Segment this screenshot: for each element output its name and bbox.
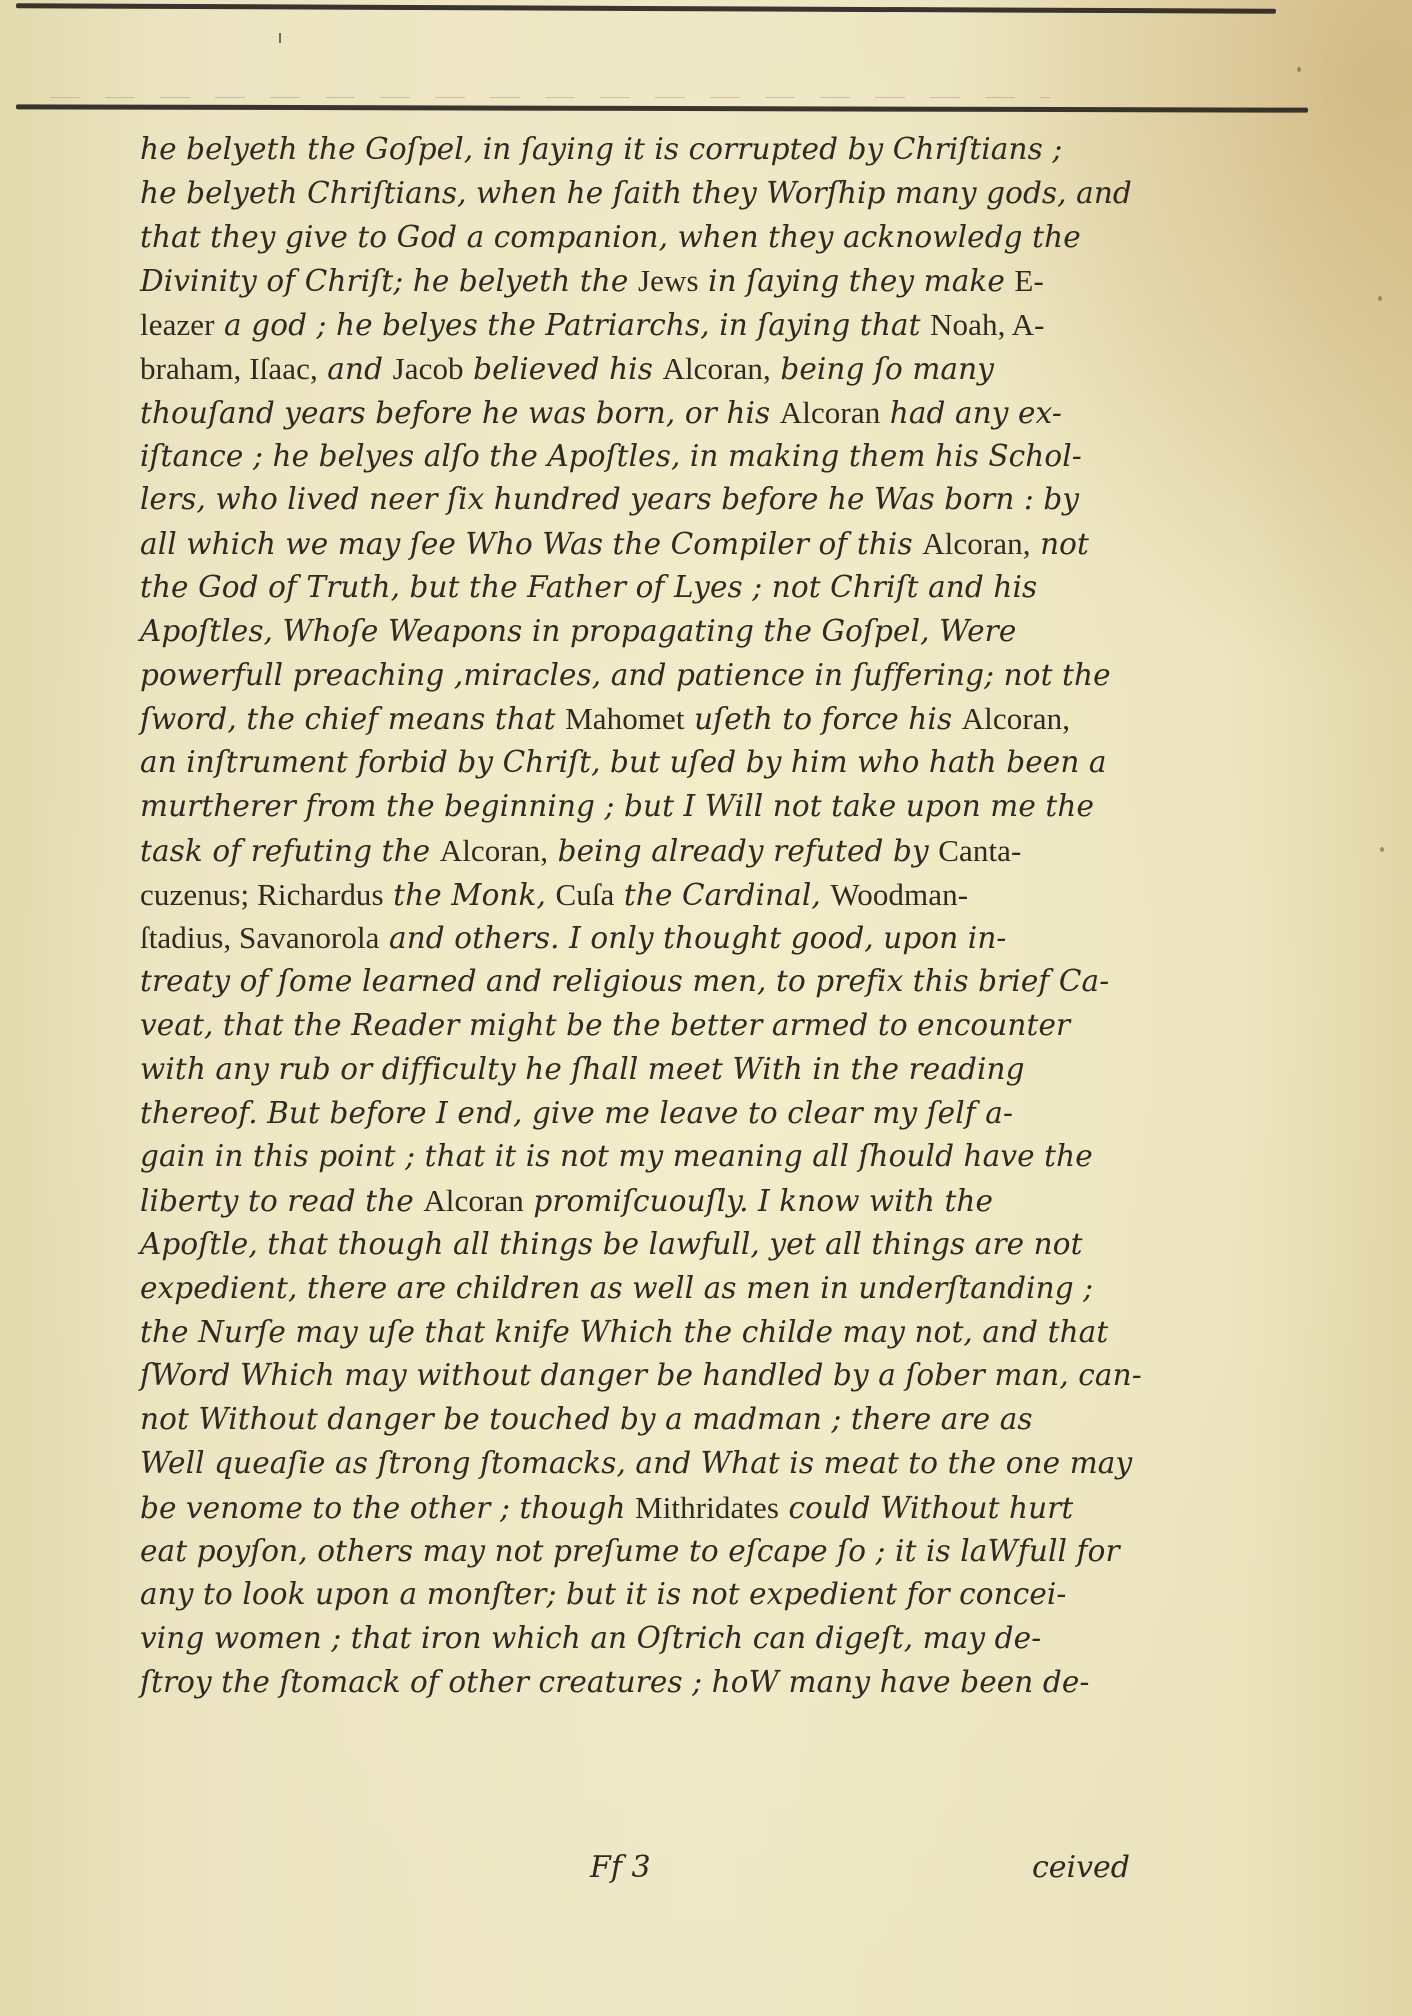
text-line: Apoſtles, Whoſe Weapons in propagating t… — [140, 610, 1130, 654]
roman-text-run: cuzenus; Richardus — [140, 877, 384, 912]
text-line: the Nurſe may uſe that knife Which the c… — [140, 1311, 1130, 1355]
italic-text-run: the Monk, — [384, 878, 556, 912]
italic-text-run: treaty of ſome learned and religious men… — [140, 964, 1109, 998]
italic-text-run: ſWord Which may without danger be handle… — [140, 1358, 1142, 1392]
italic-text-run: any to look upon a monſter; but it is no… — [140, 1577, 1067, 1611]
paper-speck — [1378, 296, 1382, 301]
text-line: veat, that the Reader might be the bette… — [140, 1004, 1130, 1048]
page-footer: Ff 3 ceived — [140, 1850, 1130, 1894]
italic-text-run: the God of Truth, but the Father of Lyes… — [140, 570, 1037, 604]
italic-text-run: not — [1031, 527, 1089, 561]
catchword: ceived — [1032, 1850, 1130, 1885]
italic-text-run: with any rub or difficulty he ſhall meet… — [140, 1052, 1025, 1086]
text-line: task of refuting the Alcoran, being alre… — [140, 829, 1130, 873]
italic-text-run: gain in this point ; that it is not my m… — [140, 1139, 1093, 1173]
roman-text-run: Alcoran — [780, 395, 881, 430]
italic-text-run: being ſo many — [771, 352, 994, 386]
italic-text-run: promiſcuouſly. I know with the — [524, 1184, 993, 1218]
text-line: the God of Truth, but the Father of Lyes… — [140, 566, 1130, 610]
italic-text-run: murtherer from the beginning ; but I Wil… — [140, 789, 1094, 823]
text-line: thereof. But before I end, give me leave… — [140, 1092, 1130, 1136]
header-printed-rule — [16, 104, 1308, 112]
text-line: iſtance ; he belyes alſo the Apoſtles, i… — [140, 435, 1130, 479]
italic-text-run: the Nurſe may uſe that knife Which the c… — [140, 1315, 1108, 1349]
italic-text-run: expedient, there are children as well as… — [140, 1271, 1093, 1305]
italic-text-run: lers, who lived neer ſix hundred years b… — [140, 482, 1079, 516]
italic-text-run: believed his — [464, 352, 663, 386]
text-line: treaty of ſome learned and religious men… — [140, 960, 1130, 1004]
roman-text-run: Alcoran, — [440, 833, 548, 868]
italic-text-run: powerfull preaching ,miracles, and patie… — [140, 658, 1111, 692]
paper-speck — [1297, 67, 1301, 72]
text-line: Divinity of Chriſt; he belyeth the Jews … — [140, 259, 1130, 303]
italic-text-run: iſtance ; he belyes alſo the Apoſtles, i… — [140, 439, 1082, 473]
text-line: ſWord Which may without danger be handle… — [140, 1354, 1130, 1398]
roman-text-run: Alcoran, — [922, 526, 1030, 561]
italic-text-run: Divinity of Chriſt; he belyeth the — [140, 264, 638, 298]
italic-text-run: thouſand years before he was born, or hi… — [140, 396, 780, 430]
italic-text-run: veat, that the Reader might be the bette… — [140, 1008, 1070, 1042]
italic-text-run: he belyeth Chriſtians, when he ſaith the… — [140, 176, 1132, 210]
roman-text-run: Jews — [638, 263, 699, 298]
text-line: cuzenus; Richardus the Monk, Cuſa the Ca… — [140, 873, 1130, 917]
italic-text-run: being already refuted by — [548, 834, 938, 868]
roman-text-run: Alcoran, — [962, 701, 1070, 736]
italic-text-run: could Without hurt — [779, 1491, 1073, 1525]
roman-text-run: leazer — [140, 307, 215, 342]
italic-text-run: Apoſtle, that though all things be lawfu… — [140, 1227, 1083, 1261]
text-line: ſtadius, Savanorola and others. I only t… — [140, 916, 1130, 960]
italic-text-run: eat poyſon, others may not preſume to eſ… — [140, 1534, 1120, 1568]
text-line: eat poyſon, others may not preſume to eſ… — [140, 1530, 1130, 1574]
italic-text-run: ving women ; that iron which an Oſtrich … — [140, 1621, 1041, 1655]
roman-text-run: Mahomet — [565, 701, 685, 736]
roman-text-run: ſtadius, Savanorola — [140, 920, 380, 955]
italic-text-run: a god ; he belyes the Patriarchs, in ſay… — [215, 308, 930, 342]
text-line: thouſand years before he was born, or hi… — [140, 391, 1130, 435]
text-line: ving women ; that iron which an Oſtrich … — [140, 1617, 1130, 1661]
roman-text-run: Alcoran — [423, 1183, 524, 1218]
text-line: be venome to the other ; though Mithrida… — [140, 1486, 1130, 1530]
roman-text-run: Woodman- — [830, 877, 968, 912]
italic-text-run: liberty to read the — [140, 1184, 423, 1218]
text-line: with any rub or difficulty he ſhall meet… — [140, 1048, 1130, 1092]
text-line: braham, Iſaac, and Jacob believed his Al… — [140, 347, 1130, 391]
italic-text-run: the Cardinal, — [614, 878, 830, 912]
italic-text-run: had any ex- — [880, 396, 1062, 430]
text-line: ſword, the chief means that Mahomet uſet… — [140, 697, 1130, 741]
text-line: any to look upon a monſter; but it is no… — [140, 1573, 1130, 1617]
text-line: lers, who lived neer ſix hundred years b… — [140, 478, 1130, 522]
roman-text-run: Alcoran, — [662, 351, 770, 386]
text-line: not Without danger be touched by a madma… — [140, 1398, 1130, 1442]
italic-text-run: ſtroy the ſtomack of other creatures ; h… — [140, 1665, 1090, 1699]
italic-text-run: not Without danger be touched by a madma… — [140, 1402, 1033, 1436]
text-line: ſtroy the ſtomack of other creatures ; h… — [140, 1661, 1130, 1705]
text-line: all which we may ſee Who Was the Compile… — [140, 522, 1130, 566]
italic-text-run: ſword, the chief means that — [140, 702, 565, 736]
roman-text-run: Canta- — [938, 833, 1021, 868]
text-line: expedient, there are children as well as… — [140, 1267, 1130, 1311]
text-line: he belyeth Chriſtians, when he ſaith the… — [140, 172, 1130, 216]
faint-show-through-rule — [50, 97, 1050, 98]
text-line: liberty to read the Alcoran promiſcuouſl… — [140, 1179, 1130, 1223]
top-printed-rule — [16, 3, 1276, 13]
paper-speck — [1380, 847, 1384, 852]
text-line: murtherer from the beginning ; but I Wil… — [140, 785, 1130, 829]
italic-text-run: all which we may ſee Who Was the Compile… — [140, 527, 922, 561]
text-line: powerfull preaching ,miracles, and patie… — [140, 654, 1130, 698]
text-line: that they give to God a companion, when … — [140, 216, 1130, 260]
text-line: leazer a god ; he belyes the Patriarchs,… — [140, 303, 1130, 347]
roman-text-run: E- — [1014, 263, 1043, 298]
text-line: he belyeth the Goſpel, in ſaying it is c… — [140, 128, 1130, 172]
text-line: Well queaſie as ſtrong ſtomacks, and Wha… — [140, 1442, 1130, 1486]
roman-text-run: Noah, A- — [930, 307, 1044, 342]
roman-text-run: braham, Iſaac, — [140, 351, 318, 386]
italic-text-run: an inſtrument forbid by Chriſt, but uſed… — [140, 745, 1107, 779]
roman-text-run: Cuſa — [555, 877, 614, 912]
italic-text-run: he belyeth the Goſpel, in ſaying it is c… — [140, 132, 1062, 166]
italic-text-run: Apoſtles, Whoſe Weapons in propagating t… — [140, 614, 1016, 648]
text-line: Apoſtle, that though all things be lawfu… — [140, 1223, 1130, 1267]
italic-text-run: task of refuting the — [140, 834, 440, 868]
italic-text-run: and — [318, 352, 393, 386]
text-line: gain in this point ; that it is not my m… — [140, 1135, 1130, 1179]
roman-text-run: Jacob — [393, 351, 464, 386]
text-line: an inſtrument forbid by Chriſt, but uſed… — [140, 741, 1130, 785]
italic-text-run: Well queaſie as ſtrong ſtomacks, and Wha… — [140, 1446, 1132, 1480]
roman-text-run: Mithridates — [635, 1490, 779, 1525]
italic-text-run: that they give to God a companion, when … — [140, 220, 1081, 254]
ink-mark — [279, 33, 281, 43]
signature-mark: Ff 3 — [590, 1850, 651, 1885]
italic-text-run: be venome to the other ; though — [140, 1491, 635, 1525]
page-body-text: he belyeth the Goſpel, in ſaying it is c… — [140, 128, 1130, 1705]
italic-text-run: in ſaying they make — [699, 264, 1015, 298]
italic-text-run: and others. I only thought good, upon in… — [380, 921, 1007, 955]
italic-text-run: thereof. But before I end, give me leave… — [140, 1096, 1013, 1130]
italic-text-run: uſeth to force his — [685, 702, 962, 736]
